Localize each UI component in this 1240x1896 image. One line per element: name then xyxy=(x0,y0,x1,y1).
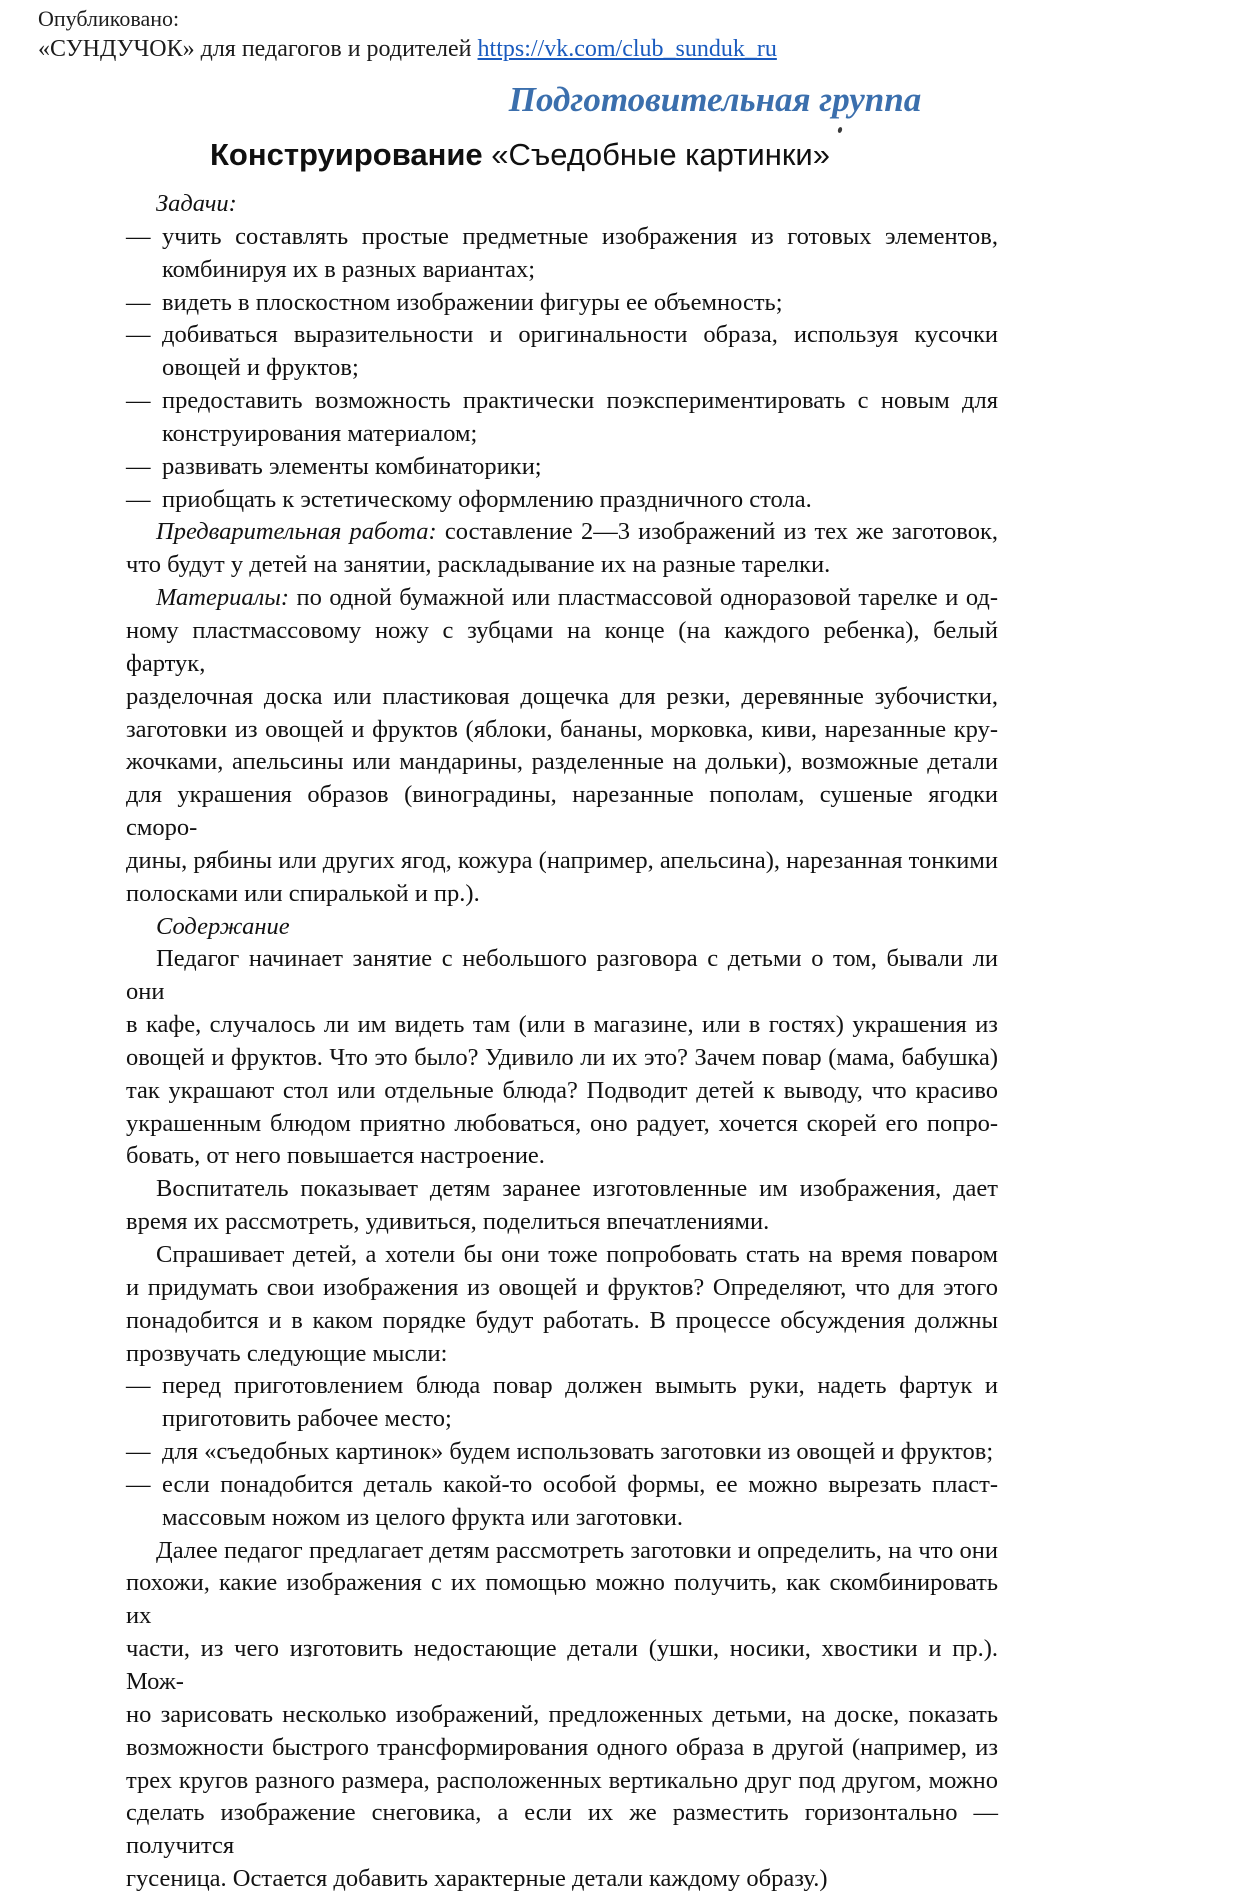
italic-lead: Задачи: xyxy=(156,190,237,217)
text-line: Педагог начинает занятие с небольшого ра… xyxy=(126,943,998,1009)
list-dash: — xyxy=(126,1469,162,1502)
paragraph: Задачи: xyxy=(126,188,998,221)
paragraph: Предварительная работа: составление 2—3 … xyxy=(126,516,998,582)
paragraph: Педагог начинает занятие с небольшого ра… xyxy=(126,943,998,1173)
text-line: трех кругов разного размера, расположенн… xyxy=(126,1765,998,1798)
line-text: по одной бумажной или пластмассовой одно… xyxy=(297,584,998,611)
text-line: Материалы: по одной бумажной или пластма… xyxy=(126,582,998,615)
list-dash: — xyxy=(126,385,162,418)
text-line: Предварительная работа: составление 2—3 … xyxy=(126,516,998,549)
page: Опубликовано: «СУНДУЧОК» для педагогов и… xyxy=(0,0,1240,1896)
text-line: в кафе, случалось ли им видеть там (или … xyxy=(126,1009,998,1042)
list-item: —видеть в плоскостном изображении фигуры… xyxy=(126,287,998,320)
text-line: бовать, от него повышается настроение. xyxy=(126,1140,998,1173)
line-text: приобщать к эстетическому оформлению пра… xyxy=(162,486,812,513)
line-text: видеть в плоскостном изображении фигуры … xyxy=(162,289,783,316)
text-line: гусеница. Остается добавить характерные … xyxy=(126,1863,998,1896)
text-line: части, из чего изготовить недостающие де… xyxy=(126,1633,998,1699)
list-item: —развивать элементы комбинаторики; xyxy=(126,451,998,484)
text-line: Далее педагог предлагает детям рассмотре… xyxy=(126,1535,998,1568)
text-line: заготовки из овощей и фруктов (яблоки, б… xyxy=(126,714,998,747)
italic-lead: Предварительная работа: xyxy=(156,518,437,545)
text-line: жочками, апельсины или мандарины, раздел… xyxy=(126,746,998,779)
line-text: развивать элементы комбинаторики; xyxy=(162,453,542,480)
list-dash: — xyxy=(126,319,162,352)
list-item: —для «съедобных картинок» будем использо… xyxy=(126,1436,998,1469)
line-text: Далее педагог предлагает детям рассмотре… xyxy=(156,1537,998,1564)
source-prefix: «СУНДУЧОК» для педагогов и родителей xyxy=(38,36,472,62)
text-line: Содержание xyxy=(126,911,998,944)
list-item: —предоставить возможность практически по… xyxy=(126,385,998,451)
line-text: Спрашивает детей, а хотели бы они тоже п… xyxy=(156,1241,998,1268)
paragraph: Материалы: по одной бумажной или пластма… xyxy=(126,582,998,910)
text-line: разделочная доска или пластиковая дощечк… xyxy=(126,681,998,714)
line-text: для «съедобных картинок» будем использов… xyxy=(162,1438,993,1465)
publication-header: Опубликовано: «СУНДУЧОК» для педагогов и… xyxy=(0,0,1240,64)
list-item: —если понадобится деталь какой-то особой… xyxy=(126,1469,998,1535)
list-dash: — xyxy=(126,221,162,254)
title-quoted-part: «Съедобные картинки» xyxy=(491,137,830,172)
text-line: понадобится и в каком порядке будут рабо… xyxy=(126,1305,998,1338)
list-dash: — xyxy=(126,1370,162,1403)
text-line: ному пластмассовому ножу с зубцами на ко… xyxy=(126,615,998,681)
list-item: —добиваться выразительности и оригинальн… xyxy=(126,319,998,385)
text-line: комбинируя их в разных вариантах; xyxy=(162,254,998,287)
text-line: Спрашивает детей, а хотели бы они тоже п… xyxy=(126,1239,998,1272)
text-line: овощей и фруктов; xyxy=(162,352,998,385)
text-line: для украшения образов (виноградины, наре… xyxy=(126,779,998,845)
title-bold-part: Конструирование xyxy=(210,137,483,172)
text-line: —добиваться выразительности и оригинальн… xyxy=(162,319,998,352)
text-line: дины, рябины или других ягод, кожура (на… xyxy=(126,845,998,878)
list-dash: — xyxy=(126,287,162,320)
text-line: полосками или спиралькой и пр.). xyxy=(126,878,998,911)
italic-lead: Содержание xyxy=(156,913,290,940)
text-line: массовым ножом из целого фрукта или заго… xyxy=(162,1502,998,1535)
text-line: Задачи: xyxy=(126,188,998,221)
list-dash: — xyxy=(126,1436,162,1469)
list-dash: — xyxy=(126,451,162,484)
list-item: —перед приготовлением блюда повар должен… xyxy=(126,1370,998,1436)
text-line: Воспитатель показывает детям заранее изг… xyxy=(126,1173,998,1206)
line-text: перед приготовлением блюда повар должен … xyxy=(162,1372,998,1399)
source-link[interactable]: https://vk.com/club_sunduk_ru xyxy=(478,36,777,62)
list-dash: — xyxy=(126,484,162,517)
scan-speck xyxy=(308,1653,311,1657)
line-text: если понадобится деталь какой-то особой … xyxy=(162,1471,998,1498)
text-line: украшенным блюдом приятно любоваться, он… xyxy=(126,1108,998,1141)
paragraph: Содержание xyxy=(126,911,998,944)
group-heading: Подготовительная группа xyxy=(95,80,1240,120)
text-line: овощей и фруктов. Что это было? Удивило … xyxy=(126,1042,998,1075)
text-line: —учить составлять простые предметные изо… xyxy=(162,221,998,254)
text-line: —предоставить возможность практически по… xyxy=(162,385,998,418)
text-line: —если понадобится деталь какой-то особой… xyxy=(162,1469,998,1502)
line-text: составление 2—3 изображений из тех же за… xyxy=(445,518,998,545)
text-line: похожи, какие изображения с их помощью м… xyxy=(126,1567,998,1633)
text-line: и придумать свои изображения из овощей и… xyxy=(126,1272,998,1305)
text-line: —перед приготовлением блюда повар должен… xyxy=(162,1370,998,1403)
paragraph: Воспитатель показывает детям заранее изг… xyxy=(126,1173,998,1239)
text-line: —для «съедобных картинок» будем использо… xyxy=(162,1436,998,1469)
text-line: приготовить рабочее место; xyxy=(162,1403,998,1436)
document-body: Задачи:—учить составлять простые предмет… xyxy=(0,188,998,1896)
italic-lead: Материалы: xyxy=(156,584,289,611)
published-label: Опубликовано: xyxy=(38,6,1240,32)
text-line: —приобщать к эстетическому оформлению пр… xyxy=(162,484,998,517)
text-line: —видеть в плоскостном изображении фигуры… xyxy=(162,287,998,320)
list-item: —приобщать к эстетическому оформлению пр… xyxy=(126,484,998,517)
paragraph: Спрашивает детей, а хотели бы они тоже п… xyxy=(126,1239,998,1370)
text-line: прозвучать следующие мысли: xyxy=(126,1338,998,1371)
text-line: —развивать элементы комбинаторики; xyxy=(162,451,998,484)
line-text: учить составлять простые предметные изоб… xyxy=(162,223,998,250)
source-line: «СУНДУЧОК» для педагогов и родителей htt… xyxy=(38,34,1240,64)
page-title: Конструирование «Съедобные картинки» xyxy=(0,136,1140,174)
line-text: Педагог начинает занятие с небольшого ра… xyxy=(126,945,998,1005)
text-line: так украшают стол или отдельные блюда? П… xyxy=(126,1075,998,1108)
line-text: предоставить возможность практически поэ… xyxy=(162,387,998,414)
line-text: добиваться выразительности и оригинально… xyxy=(162,321,998,348)
text-line: время их рассмотреть, удивиться, поделит… xyxy=(126,1206,998,1239)
list-item: —учить составлять простые предметные изо… xyxy=(126,221,998,287)
text-line: возможности быстрого трансформирования о… xyxy=(126,1732,998,1765)
line-text: Воспитатель показывает детям заранее изг… xyxy=(156,1175,998,1202)
text-line: сделать изображение снеговика, а если их… xyxy=(126,1797,998,1863)
text-line: конструирования материалом; xyxy=(162,418,998,451)
paragraph: Далее педагог предлагает детям рассмотре… xyxy=(126,1535,998,1896)
scan-speck xyxy=(837,127,843,134)
text-line: но зарисовать несколько изображений, пре… xyxy=(126,1699,998,1732)
text-line: что будут у детей на занятии, раскладыва… xyxy=(126,549,998,582)
